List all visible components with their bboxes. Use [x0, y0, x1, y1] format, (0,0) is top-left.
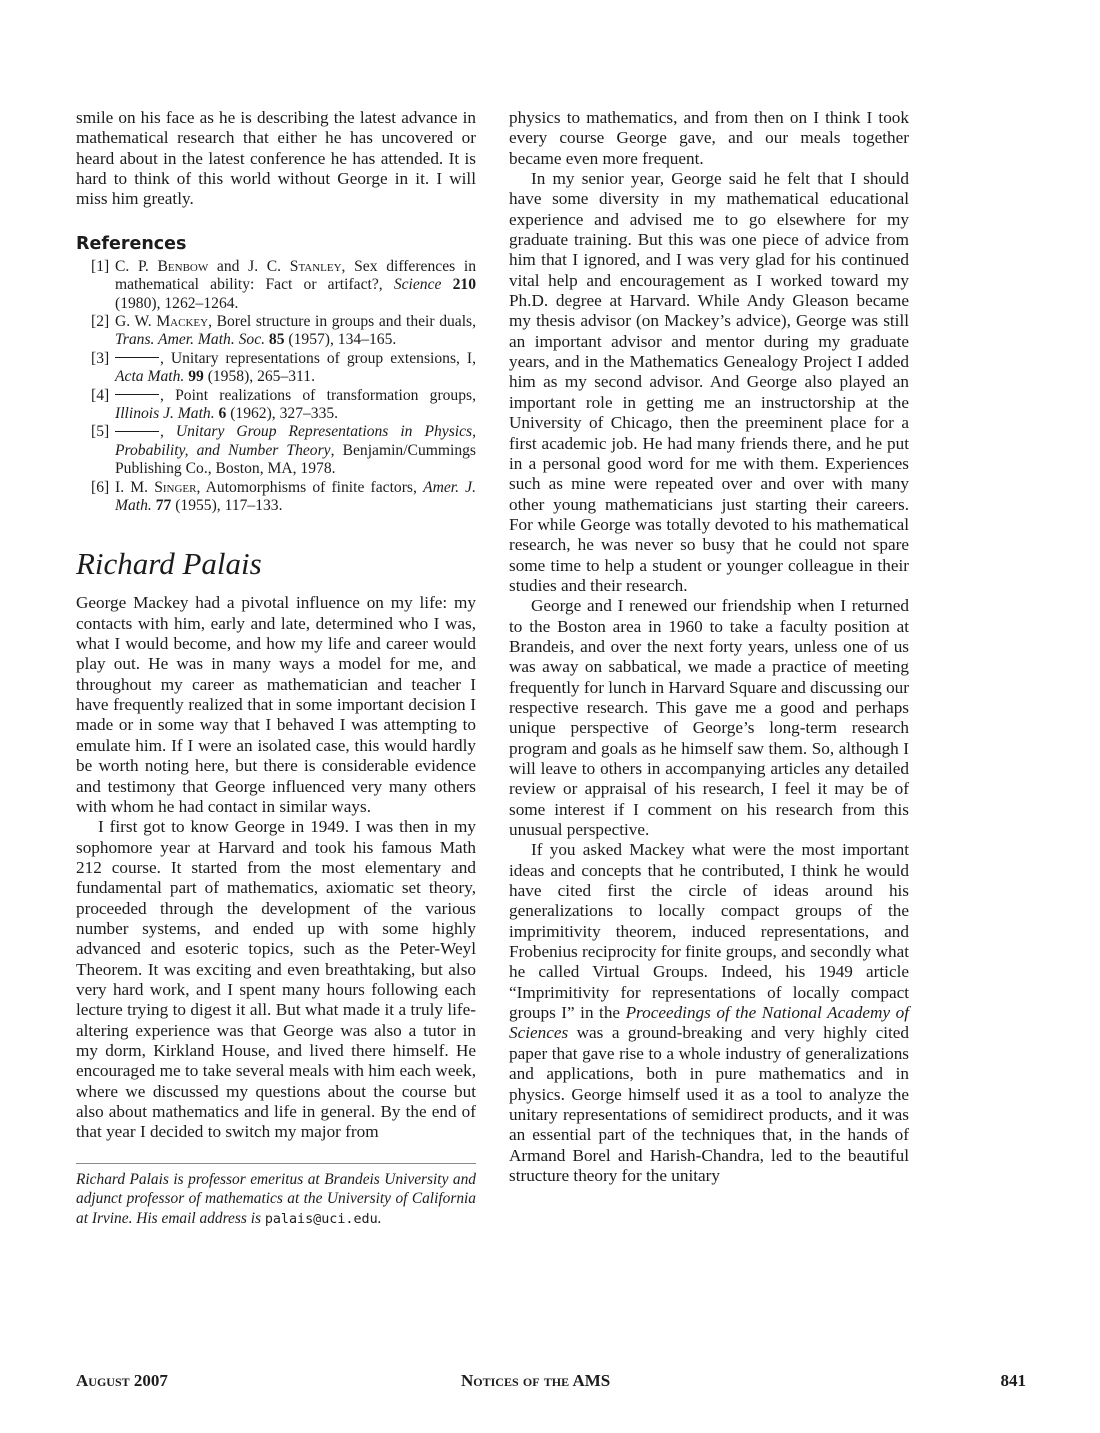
continuation-paragraph: physics to mathematics, and from then on…: [509, 108, 909, 169]
reference-author: Mackey: [156, 313, 208, 330]
reference-item-3: [3], Unitary representations of group ex…: [76, 350, 476, 387]
left-column: smile on his face as he is describing th…: [76, 108, 476, 1229]
reference-item-5: [5], Unitary Group Representations in Ph…: [76, 423, 476, 478]
reference-volume: 6: [215, 405, 227, 422]
page-number: 841: [1001, 1371, 1027, 1391]
reference-item-6: [6]I. M. Singer, Automorphisms of finite…: [76, 479, 476, 516]
same-author-dash: [115, 431, 159, 432]
reference-journal: Illinois J. Math.: [115, 405, 215, 422]
reference-item-2: [2]G. W. Mackey, Borel structure in grou…: [76, 313, 476, 350]
author-email: palais@uci.edu: [265, 1212, 378, 1227]
reference-title: , Unitary representations of group exten…: [160, 350, 476, 367]
reference-title: , Point realizations of transformation g…: [160, 387, 476, 404]
reference-item-1: [1]C. P. Benbow and J. C. Stanley, Sex d…: [76, 258, 476, 313]
reference-volume: 99: [184, 368, 204, 385]
body-paragraph: I first got to know George in 1949. I wa…: [76, 817, 476, 1143]
reference-number: [6]: [91, 479, 109, 497]
reference-journal: Trans. Amer. Math. Soc.: [115, 331, 265, 348]
right-column: physics to mathematics, and from then on…: [509, 108, 909, 1186]
author-bio: Richard Palais is professor emeritus at …: [76, 1170, 476, 1230]
same-author-dash: [115, 357, 159, 358]
footer-date: August 2007: [76, 1371, 168, 1391]
reference-author: Singer: [154, 479, 196, 496]
reference-title: , Automorphisms of finite factors,: [196, 479, 423, 496]
reference-journal: Acta Math.: [115, 368, 184, 385]
references-heading: References: [76, 232, 476, 256]
reference-author: Benbow: [158, 258, 209, 275]
reference-volume: 210: [441, 276, 476, 293]
reference-number: [1]: [91, 258, 109, 276]
reference-volume: 85: [265, 331, 285, 348]
author-bio-divider: Richard Palais is professor emeritus at …: [76, 1163, 476, 1230]
reference-title: , Borel structure in groups and their du…: [208, 313, 476, 330]
reference-journal: Science: [394, 276, 442, 293]
reference-number: [2]: [91, 313, 109, 331]
body-paragraph: In my senior year, George said he felt t…: [509, 169, 909, 596]
section-title: Richard Palais: [76, 545, 476, 583]
reference-number: [5]: [91, 423, 109, 441]
reference-item-4: [4], Point realizations of transformatio…: [76, 387, 476, 424]
body-paragraph: George Mackey had a pivotal influence on…: [76, 593, 476, 817]
body-paragraph: George and I renewed our friendship when…: [509, 596, 909, 840]
intro-paragraph: smile on his face as he is describing th…: [76, 108, 476, 210]
reference-author: Stanley: [290, 258, 342, 275]
body-paragraph: If you asked Mackey what were the most i…: [509, 840, 909, 1186]
footer-journal: Notices of the AMS: [461, 1371, 610, 1391]
reference-number: [4]: [91, 387, 109, 405]
same-author-dash: [115, 394, 159, 395]
reference-volume: 77: [152, 497, 172, 514]
reference-number: [3]: [91, 350, 109, 368]
page-footer: August 2007 Notices of the AMS 841: [76, 1371, 1026, 1393]
